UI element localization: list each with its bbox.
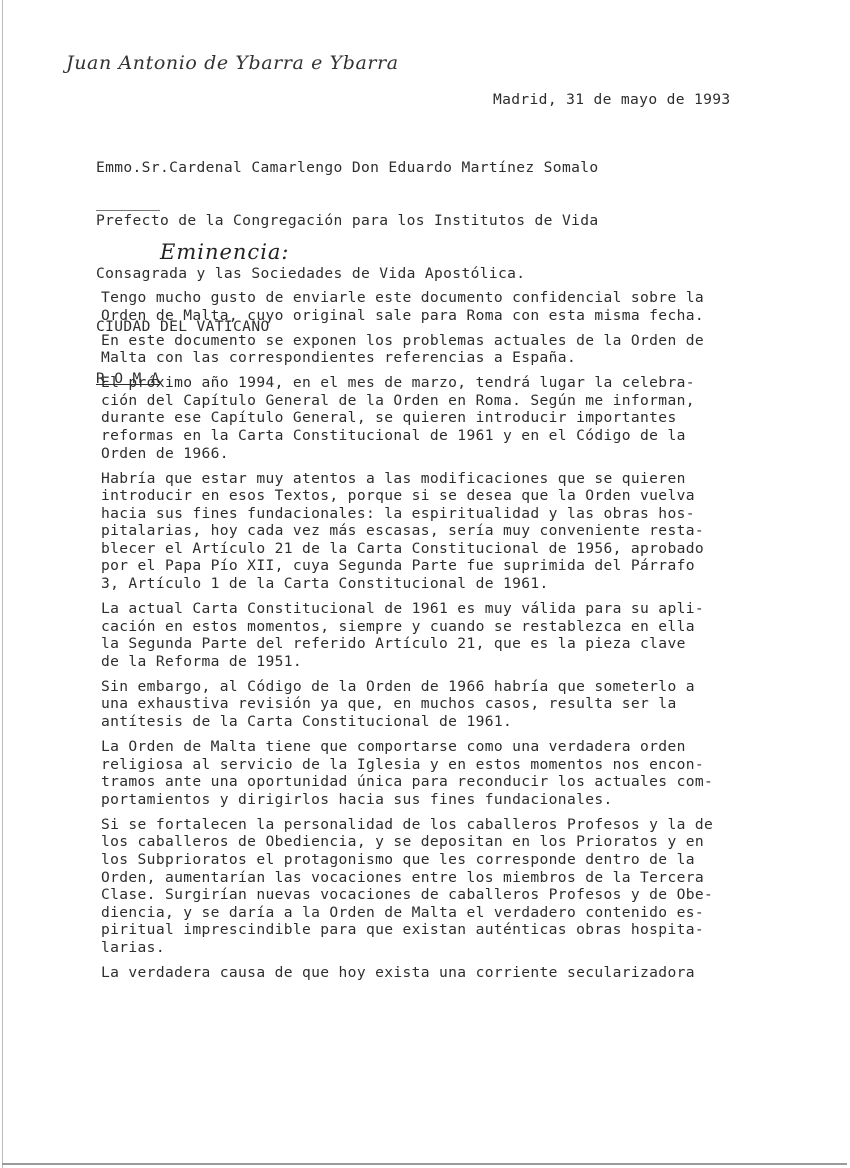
body-line: durante ese Capítulo General, se quieren… bbox=[101, 409, 781, 427]
body-line: blecer el Artículo 21 de la Carta Consti… bbox=[101, 540, 781, 558]
body-line: antítesis de la Carta Constitucional de … bbox=[101, 713, 781, 731]
body-line: Orden de Malta, cuyo original sale para … bbox=[101, 307, 781, 325]
body-line: de la Reforma de 1951. bbox=[101, 653, 781, 671]
body-line: larias. bbox=[101, 939, 781, 957]
body-line: ción del Capítulo General de la Orden en… bbox=[101, 392, 781, 410]
body-line: Orden de 1966. bbox=[101, 445, 781, 463]
letter-page: Juan Antonio de Ybarra e Ybarra Madrid, … bbox=[0, 0, 850, 1168]
body-paragraph: La Orden de Malta tiene que comportarse … bbox=[101, 738, 781, 808]
body-line: La Orden de Malta tiene que comportarse … bbox=[101, 738, 781, 756]
handwritten-salutation: Eminencia: bbox=[160, 240, 290, 264]
body-line: 3, Artículo 1 de la Carta Constitucional… bbox=[101, 575, 781, 593]
body-line: los Subprioratos el protagonismo que les… bbox=[101, 851, 781, 869]
body-line: La actual Carta Constitucional de 1961 e… bbox=[101, 600, 781, 618]
addressee-line: Emmo.Sr.Cardenal Camarlengo Don Eduardo … bbox=[96, 159, 599, 177]
body-paragraph: En este documento se exponen los problem… bbox=[101, 332, 781, 367]
body-line: En este documento se exponen los problem… bbox=[101, 332, 781, 350]
body-line: diencia, y se daría a la Orden de Malta … bbox=[101, 904, 781, 922]
body-line: cación en estos momentos, siempre y cuan… bbox=[101, 618, 781, 636]
dateline: Madrid, 31 de mayo de 1993 bbox=[493, 91, 731, 108]
underline-rule bbox=[96, 210, 160, 211]
body-line: Sin embargo, al Código de la Orden de 19… bbox=[101, 678, 781, 696]
body-line: la Segunda Parte del referido Artículo 2… bbox=[101, 635, 781, 653]
letter-body: Tengo mucho gusto de enviarle este docum… bbox=[101, 289, 781, 989]
body-line: piritual imprescindible para que existan… bbox=[101, 921, 781, 939]
addressee-line: Prefecto de la Congregación para los Ins… bbox=[96, 212, 599, 230]
body-line: Si se fortalecen la personalidad de los … bbox=[101, 816, 781, 834]
body-line: pitalarias, hoy cada vez más escasas, se… bbox=[101, 522, 781, 540]
body-paragraph: La actual Carta Constitucional de 1961 e… bbox=[101, 600, 781, 670]
body-line: La verdadera causa de que hoy exista una… bbox=[101, 964, 781, 982]
body-line: una exhaustiva revisión ya que, en mucho… bbox=[101, 695, 781, 713]
letterhead-signature: Juan Antonio de Ybarra e Ybarra bbox=[66, 52, 399, 74]
scan-bottom-edge bbox=[2, 1163, 847, 1165]
body-line: Habría que estar muy atentos a las modif… bbox=[101, 470, 781, 488]
body-paragraph: La verdadera causa de que hoy exista una… bbox=[101, 964, 781, 982]
body-line: Tengo mucho gusto de enviarle este docum… bbox=[101, 289, 781, 307]
body-paragraph: Habría que estar muy atentos a las modif… bbox=[101, 470, 781, 593]
body-paragraph: Sin embargo, al Código de la Orden de 19… bbox=[101, 678, 781, 731]
body-line: Orden, aumentarían las vocaciones entre … bbox=[101, 869, 781, 887]
body-line: Clase. Surgirían nuevas vocaciones de ca… bbox=[101, 886, 781, 904]
body-line: tramos ante una oportunidad única para r… bbox=[101, 773, 781, 791]
body-line: los caballeros de Obediencia, y se depos… bbox=[101, 833, 781, 851]
body-line: reformas en la Carta Constitucional de 1… bbox=[101, 427, 781, 445]
body-line: Malta con las correspondientes referenci… bbox=[101, 349, 781, 367]
body-line: El próximo año 1994, en el mes de marzo,… bbox=[101, 374, 781, 392]
body-paragraph: Tengo mucho gusto de enviarle este docum… bbox=[101, 289, 781, 324]
body-line: portamientos y dirigirlos hacia sus fine… bbox=[101, 791, 781, 809]
body-line: religiosa al servicio de la Iglesia y en… bbox=[101, 756, 781, 774]
body-line: por el Papa Pío XII, cuya Segunda Parte … bbox=[101, 557, 781, 575]
scan-left-edge bbox=[2, 0, 3, 1168]
body-line: introducir en esos Textos, porque si se … bbox=[101, 487, 781, 505]
body-paragraph: El próximo año 1994, en el mes de marzo,… bbox=[101, 374, 781, 462]
body-paragraph: Si se fortalecen la personalidad de los … bbox=[101, 816, 781, 957]
addressee-line: Consagrada y las Sociedades de Vida Apos… bbox=[96, 265, 599, 283]
body-line: hacia sus fines fundacionales: la espiri… bbox=[101, 505, 781, 523]
